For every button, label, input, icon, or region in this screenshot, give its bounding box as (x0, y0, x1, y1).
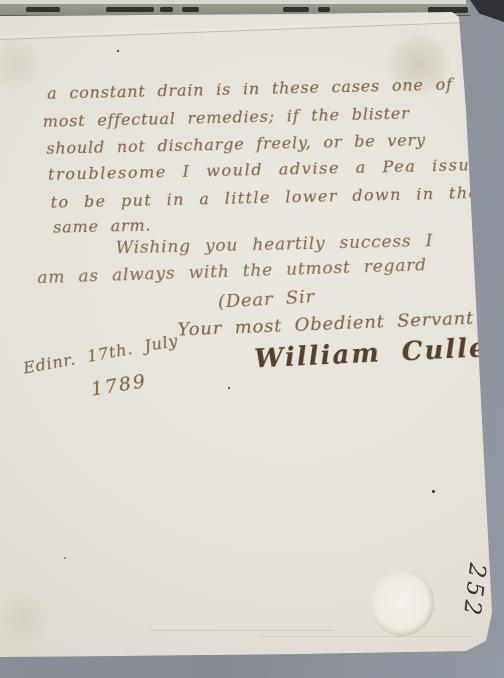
letter-date-year: 1789 (89, 370, 148, 401)
letter-body-line: troublesome I would advise a Pea issue, (48, 155, 488, 184)
letter-closing-line: am as always with the utmost regard (37, 255, 427, 288)
letter-body-line: should not discharge freely, or be very (46, 130, 426, 158)
binding-mark (182, 7, 199, 12)
letter-body-line: most effectual remedies; if the blister (42, 104, 409, 131)
signature-william-cullen: William Cullen (253, 332, 504, 374)
letter-body-line: to be put in a little lower down in the (50, 183, 479, 212)
binding-mark (26, 7, 60, 12)
photo-corner-shadow (470, 0, 504, 22)
binding-mark (283, 7, 309, 12)
letter-valediction: (Dear Sir (217, 286, 315, 313)
letter-body-line: a constant drain is in these cases one o… (47, 74, 493, 103)
letter-body-line: same arm. (53, 216, 152, 237)
letter-closing-line: Wishing you heartily success I (115, 231, 433, 258)
letter-dateline: Edinr. 17th. July (22, 331, 180, 378)
handwritten-text: a constant drain is in these cases one o… (0, 0, 504, 678)
binding-mark (318, 7, 330, 12)
letter-page: a constant drain is in these cases one o… (0, 0, 504, 678)
binding-mark (106, 7, 154, 12)
letter-photograph: a constant drain is in these cases one o… (0, 0, 504, 678)
binding-mark (160, 7, 173, 12)
